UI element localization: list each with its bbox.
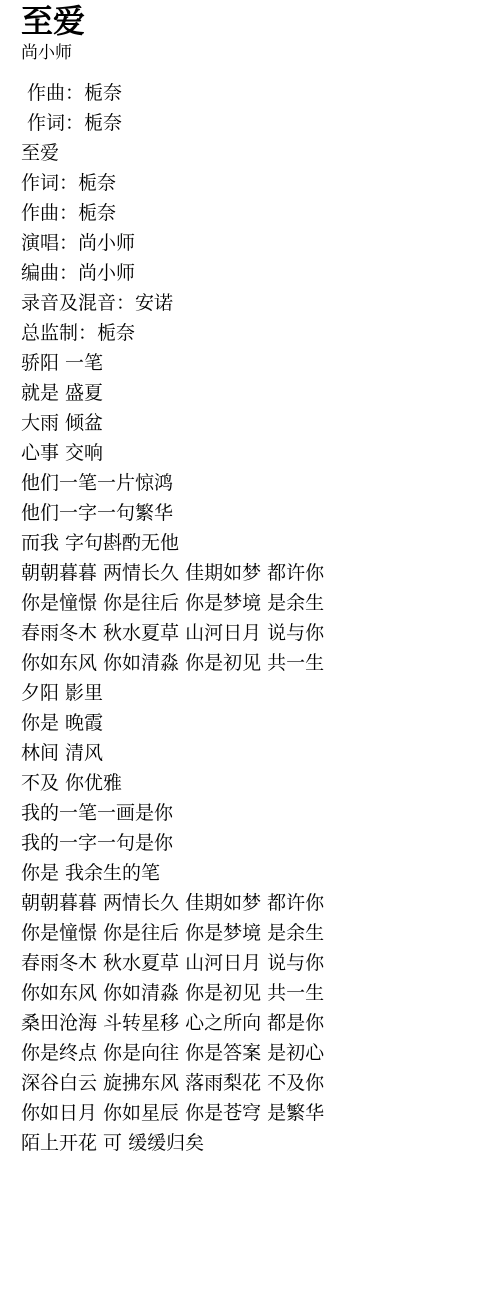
lyric-line: 你如东风 你如清淼 你是初见 共一生 [21,648,490,678]
lyric-line: 心事 交响 [21,438,490,468]
lyric-line: 不及 你优雅 [21,768,490,798]
lyric-line: 至爱 [21,138,490,168]
lyric-line: 你是憧憬 你是往后 你是梦境 是余生 [21,588,490,618]
lyric-line: 春雨冬木 秋水夏草 山河日月 说与你 [21,948,490,978]
lyric-line: 朝朝暮暮 两情长久 佳期如梦 都许你 [21,888,490,918]
lyric-line: 骄阳 一笔 [21,348,490,378]
lyric-line: 总监制：栀奈 [21,318,490,348]
lyric-line: 我的一字一句是你 [21,828,490,858]
lyric-line: 录音及混音：安诺 [21,288,490,318]
lyric-line: 深谷白云 旋拂东风 落雨梨花 不及你 [21,1068,490,1098]
lyrics-body: 作曲：栀奈 作词：栀奈至爱作词：栀奈作曲：栀奈演唱：尚小师编曲：尚小师录音及混音… [21,78,490,1158]
lyric-line: 你是 晚霞 [21,708,490,738]
lyric-line: 你如东风 你如清淼 你是初见 共一生 [21,978,490,1008]
lyric-line: 他们一字一句繁华 [21,498,490,528]
lyric-line: 编曲：尚小师 [21,258,490,288]
lyric-line: 朝朝暮暮 两情长久 佳期如梦 都许你 [21,558,490,588]
lyric-line: 林间 清风 [21,738,490,768]
lyric-line: 陌上开花 可 缓缓归矣 [21,1128,490,1158]
lyric-line: 你如日月 你如星辰 你是苍穹 是繁华 [21,1098,490,1128]
lyric-line: 你是终点 你是向往 你是答案 是初心 [21,1038,490,1068]
lyric-line: 他们一笔一片惊鸿 [21,468,490,498]
song-title: 至爱 [21,2,490,40]
lyric-line: 作词：栀奈 [21,108,490,138]
lyric-line: 而我 字句斟酌无他 [21,528,490,558]
lyric-line: 夕阳 影里 [21,678,490,708]
lyric-line: 春雨冬木 秋水夏草 山河日月 说与你 [21,618,490,648]
lyric-line: 你是 我余生的笔 [21,858,490,888]
artist-name: 尚小师 [21,42,490,64]
lyric-line: 你是憧憬 你是往后 你是梦境 是余生 [21,918,490,948]
lyric-line: 我的一笔一画是你 [21,798,490,828]
lyric-line: 作曲：栀奈 [21,78,490,108]
lyric-line: 作词：栀奈 [21,168,490,198]
lyric-line: 大雨 倾盆 [21,408,490,438]
lyric-line: 作曲：栀奈 [21,198,490,228]
lyrics-page: 至爱 尚小师 作曲：栀奈 作词：栀奈至爱作词：栀奈作曲：栀奈演唱：尚小师编曲：尚… [0,0,500,1300]
lyric-line: 演唱：尚小师 [21,228,490,258]
lyric-line: 桑田沧海 斗转星移 心之所向 都是你 [21,1008,490,1038]
lyric-line: 就是 盛夏 [21,378,490,408]
